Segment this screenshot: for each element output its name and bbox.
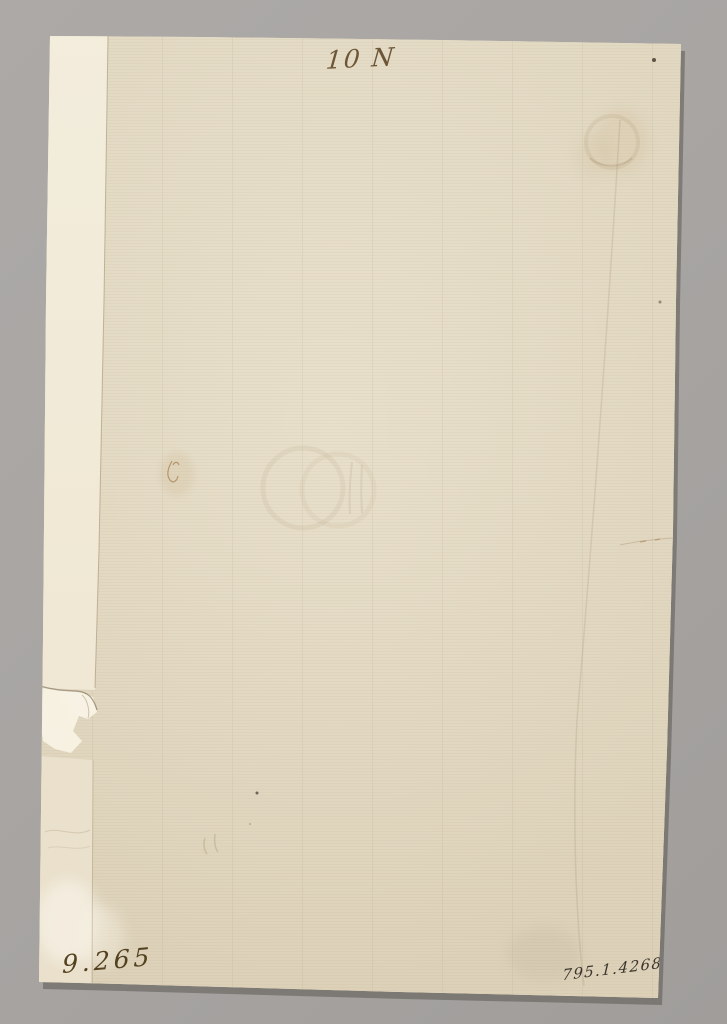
paper-sheet-verso: 10 N 9.265 795.1.4268 xyxy=(0,0,727,1024)
horizontal-crease xyxy=(620,538,674,545)
vertical-crease xyxy=(575,120,620,986)
speck-1 xyxy=(256,792,259,795)
tiny-marks xyxy=(204,834,218,854)
hinge-strip-lower xyxy=(0,0,727,1024)
torn-paper-patch xyxy=(0,0,727,1024)
sheet-edge-shading xyxy=(0,0,727,1024)
ghost-ring-1 xyxy=(263,448,343,528)
hinge-strip-upper xyxy=(0,0,727,1024)
stain-middle-left xyxy=(160,452,194,496)
crease-dashes xyxy=(640,539,660,542)
ghost-strokes xyxy=(350,462,362,514)
speck-2 xyxy=(652,58,656,62)
ring-stain xyxy=(586,116,638,168)
ring-stain-arc xyxy=(590,158,632,166)
inscription-catalog-number: 795.1.4268 xyxy=(562,954,663,985)
inscription-top-center: 10 N xyxy=(325,42,397,75)
speck-4 xyxy=(249,823,251,825)
photo-backdrop: 10 N 9.265 795.1.4268 xyxy=(0,0,727,1024)
ghost-ring-2 xyxy=(302,454,374,526)
speck-3 xyxy=(659,301,662,304)
stain-top-right-2 xyxy=(576,134,610,178)
paper-marks-overlay xyxy=(0,0,727,1024)
stain-top-right xyxy=(596,108,648,174)
small-ink-smudge xyxy=(168,461,179,482)
smudge-bottom-center xyxy=(508,928,580,980)
